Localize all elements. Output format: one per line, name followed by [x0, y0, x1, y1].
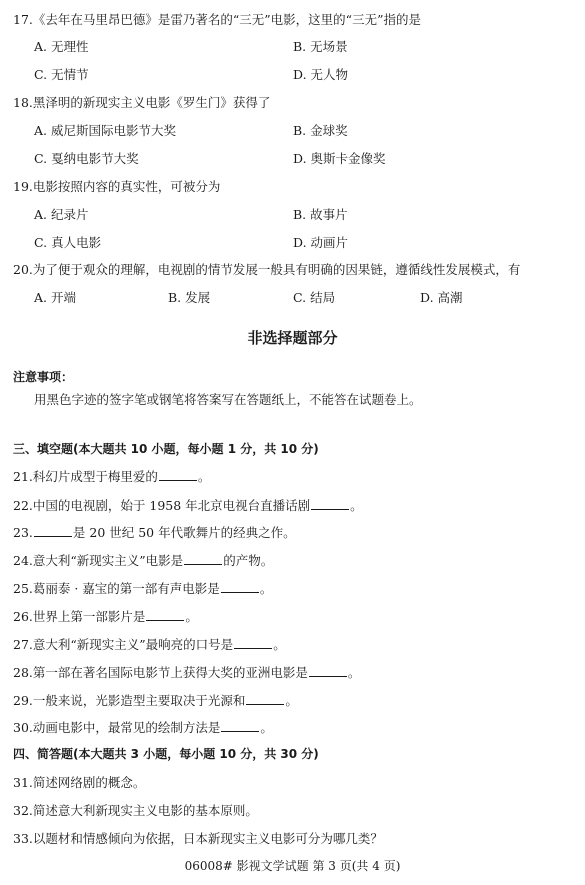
- question-number: 29.: [13, 693, 33, 708]
- question-18: 18.黑泽明的新现实主义电影《罗生门》获得了: [13, 95, 270, 111]
- question-text: 意大利“新现实主义”最响亮的口号是: [33, 637, 233, 652]
- short-question-31: 31.简述网络剧的概念。: [13, 775, 145, 791]
- question-text: 世界上第一部影片是: [33, 609, 146, 624]
- option-19-b: B. 故事片: [293, 207, 348, 223]
- question-number: 28.: [13, 665, 33, 680]
- question-text: 科幻片成型于梅里爱的: [33, 469, 158, 484]
- answer-blank: [159, 468, 197, 481]
- answer-blank: [146, 608, 184, 621]
- question-text: 。: [350, 498, 363, 513]
- answer-blank: [221, 580, 259, 593]
- question-text: 以题材和情感倾向为依据，日本新现实主义电影可分为哪几类？: [33, 831, 383, 846]
- question-text: 中国的电视剧，始于 1958 年北京电视台直播话剧: [33, 498, 310, 513]
- option-20-d: D. 高潮: [420, 290, 463, 306]
- question-number: 33.: [13, 831, 33, 846]
- answer-blank: [221, 719, 259, 732]
- question-20: 20.为了便于观众的理解，电视剧的情节发展一般具有明确的因果链，遵循线性发展模式…: [13, 262, 520, 278]
- answer-blank: [311, 497, 349, 510]
- section3-heading: 三、填空题(本大题共 10 小题，每小题 1 分，共 10 分): [13, 441, 319, 457]
- option-17-a: A. 无理性: [34, 39, 88, 55]
- question-number: 23.: [13, 525, 33, 540]
- option-18-c: C. 戛纳电影节大奖: [34, 151, 139, 167]
- option-20-a: A. 开端: [34, 290, 76, 306]
- question-text: 。: [273, 637, 286, 652]
- option-19-c: C. 真人电影: [34, 235, 101, 251]
- question-text: 。: [185, 609, 198, 624]
- short-question-33: 33.以题材和情感倾向为依据，日本新现实主义电影可分为哪几类？: [13, 831, 383, 847]
- question-stem: 为了便于观众的理解，电视剧的情节发展一般具有明确的因果链，遵循线性发展模式，有: [33, 262, 521, 277]
- option-18-a: A. 威尼斯国际电影节大奖: [34, 123, 176, 139]
- question-number: 25.: [13, 581, 33, 596]
- question-text: 。: [198, 469, 211, 484]
- fill-question-30: 30.动画电影中，最常见的绘制方法是。: [13, 719, 273, 736]
- question-text: 动画电影中，最常见的绘制方法是: [33, 720, 221, 735]
- option-19-d: D. 动画片: [293, 235, 348, 251]
- question-number: 32.: [13, 803, 33, 818]
- fill-question-21: 21.科幻片成型于梅里爱的。: [13, 468, 210, 485]
- option-20-b: B. 发展: [168, 290, 210, 306]
- answer-blank: [234, 636, 272, 649]
- fill-question-22: 22.中国的电视剧，始于 1958 年北京电视台直播话剧。: [13, 497, 363, 514]
- question-text: 一般来说，光影造型主要取决于光源和: [33, 693, 246, 708]
- question-text: 。: [260, 720, 273, 735]
- option-17-d: D. 无人物: [293, 67, 348, 83]
- question-number: 17.: [13, 12, 33, 27]
- question-stem: 黑泽明的新现实主义电影《罗生门》获得了: [33, 95, 271, 110]
- fill-question-28: 28.第一部在著名国际电影节上获得大奖的亚洲电影是。: [13, 664, 360, 681]
- question-number: 31.: [13, 775, 33, 790]
- question-19: 19.电影按照内容的真实性，可被分为: [13, 179, 220, 195]
- answer-blank: [246, 692, 284, 705]
- part-title: 非选择题部分: [0, 330, 585, 346]
- question-text: 。: [348, 665, 361, 680]
- option-19-a: A. 纪录片: [34, 207, 88, 223]
- answer-blank: [184, 552, 222, 565]
- fill-question-25: 25.葛丽泰 · 嘉宝的第一部有声电影是。: [13, 580, 272, 597]
- fill-question-23: 23.是 20 世纪 50 年代歌舞片的经典之作。: [13, 524, 296, 541]
- answer-blank: [34, 524, 72, 537]
- answer-blank: [309, 664, 347, 677]
- question-text: 。: [285, 693, 298, 708]
- question-number: 24.: [13, 553, 33, 568]
- question-number: 26.: [13, 609, 33, 624]
- page-footer: 06008# 影视文学试题 第 3 页(共 4 页): [0, 858, 585, 874]
- question-number: 22.: [13, 498, 33, 513]
- question-stem: 《去年在马里昂巴德》是雷乃著名的“三无”电影，这里的“三无”指的是: [33, 12, 421, 27]
- notice-text: 用黑色字迹的签字笔或钢笔将答案写在答题纸上，不能答在试题卷上。: [34, 392, 422, 408]
- question-text: 的产物。: [223, 553, 273, 568]
- question-text: 是 20 世纪 50 年代歌舞片的经典之作。: [73, 525, 296, 540]
- question-17: 17.《去年在马里昂巴德》是雷乃著名的“三无”电影，这里的“三无”指的是: [13, 12, 421, 28]
- question-number: 20.: [13, 262, 33, 277]
- question-stem: 电影按照内容的真实性，可被分为: [33, 179, 221, 194]
- fill-question-24: 24.意大利“新现实主义”电影是的产物。: [13, 552, 273, 569]
- question-text: 葛丽泰 · 嘉宝的第一部有声电影是: [33, 581, 220, 596]
- fill-question-29: 29.一般来说，光影造型主要取决于光源和。: [13, 692, 298, 709]
- option-18-b: B. 金球奖: [293, 123, 348, 139]
- question-number: 27.: [13, 637, 33, 652]
- section4-heading: 四、简答题(本大题共 3 小题，每小题 10 分，共 30 分): [13, 746, 319, 762]
- question-text: 意大利“新现实主义”电影是: [33, 553, 183, 568]
- question-text: 第一部在著名国际电影节上获得大奖的亚洲电影是: [33, 665, 308, 680]
- option-18-d: D. 奥斯卡金像奖: [293, 151, 386, 167]
- question-number: 18.: [13, 95, 33, 110]
- question-text: 简述意大利新现实主义电影的基本原则。: [33, 803, 258, 818]
- question-text: 。: [260, 581, 273, 596]
- option-17-b: B. 无场景: [293, 39, 348, 55]
- question-number: 30.: [13, 720, 33, 735]
- option-20-c: C. 结局: [293, 290, 335, 306]
- option-17-c: C. 无情节: [34, 67, 89, 83]
- fill-question-27: 27.意大利“新现实主义”最响亮的口号是。: [13, 636, 286, 653]
- notice-heading: 注意事项：: [13, 369, 73, 385]
- question-number: 19.: [13, 179, 33, 194]
- question-number: 21.: [13, 469, 33, 484]
- fill-question-26: 26.世界上第一部影片是。: [13, 608, 198, 625]
- short-question-32: 32.简述意大利新现实主义电影的基本原则。: [13, 803, 258, 819]
- question-text: 简述网络剧的概念。: [33, 775, 146, 790]
